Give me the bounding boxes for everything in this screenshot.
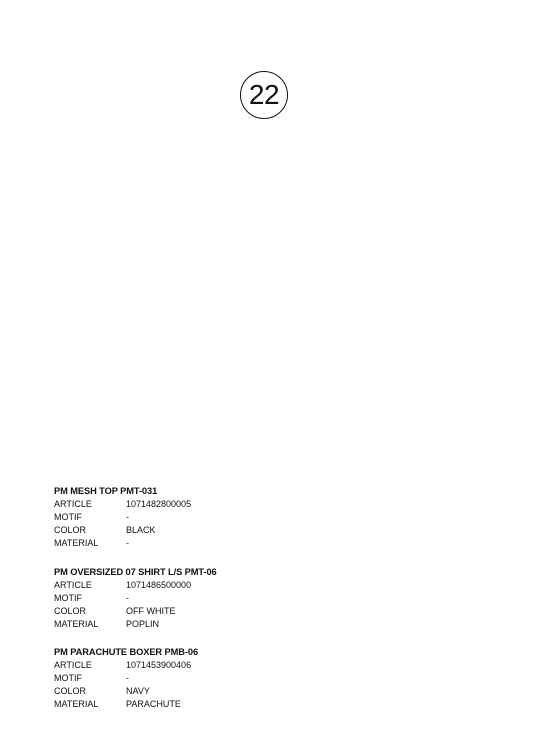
- spec-label: COLOR: [54, 605, 126, 618]
- spec-row-color: COLOR BLACK: [54, 524, 354, 537]
- page-number: 22: [249, 79, 279, 111]
- product-title: PM OVERSIZED 07 SHIRT L/S PMT-06: [54, 566, 354, 579]
- spec-label: COLOR: [54, 524, 126, 537]
- spec-label: MATERIAL: [54, 618, 126, 631]
- spec-row-color: COLOR OFF WHITE: [54, 605, 354, 618]
- spec-row-article: ARTICLE 1071486500000: [54, 579, 354, 592]
- product-item: PM PARACHUTE BOXER PMB-06 ARTICLE 107145…: [54, 646, 354, 711]
- spec-value: 1071453900406: [126, 659, 354, 672]
- spec-label: MATERIAL: [54, 698, 126, 711]
- spec-value: -: [126, 537, 354, 550]
- spec-label: ARTICLE: [54, 659, 126, 672]
- spec-label: ARTICLE: [54, 498, 126, 511]
- product-title: PM PARACHUTE BOXER PMB-06: [54, 646, 354, 659]
- spec-label: COLOR: [54, 685, 126, 698]
- spec-value: OFF WHITE: [126, 605, 354, 618]
- spec-label: MATERIAL: [54, 537, 126, 550]
- spec-value: BLACK: [126, 524, 354, 537]
- spec-row-material: MATERIAL -: [54, 537, 354, 550]
- spec-row-material: MATERIAL POPLIN: [54, 618, 354, 631]
- spec-value: POPLIN: [126, 618, 354, 631]
- spec-label: MOTIF: [54, 511, 126, 524]
- product-title: PM MESH TOP PMT-031: [54, 485, 354, 498]
- spec-label: MOTIF: [54, 672, 126, 685]
- spec-value: PARACHUTE: [126, 698, 354, 711]
- spec-row-article: ARTICLE 1071453900406: [54, 659, 354, 672]
- spec-row-motif: MOTIF -: [54, 672, 354, 685]
- spec-value: -: [126, 511, 354, 524]
- spec-value: 1071486500000: [126, 579, 354, 592]
- product-item: PM OVERSIZED 07 SHIRT L/S PMT-06 ARTICLE…: [54, 566, 354, 631]
- spec-row-motif: MOTIF -: [54, 511, 354, 524]
- spec-label: ARTICLE: [54, 579, 126, 592]
- spec-row-material: MATERIAL PARACHUTE: [54, 698, 354, 711]
- spec-row-color: COLOR NAVY: [54, 685, 354, 698]
- product-item: PM MESH TOP PMT-031 ARTICLE 107148280000…: [54, 485, 354, 550]
- spec-label: MOTIF: [54, 592, 126, 605]
- spec-value: -: [126, 672, 354, 685]
- spec-value: NAVY: [126, 685, 354, 698]
- spec-value: 1071482800005: [126, 498, 354, 511]
- spec-row-article: ARTICLE 1071482800005: [54, 498, 354, 511]
- page-number-badge: 22: [240, 71, 288, 119]
- spec-value: -: [126, 592, 354, 605]
- product-list: PM MESH TOP PMT-031 ARTICLE 107148280000…: [54, 485, 354, 727]
- spec-row-motif: MOTIF -: [54, 592, 354, 605]
